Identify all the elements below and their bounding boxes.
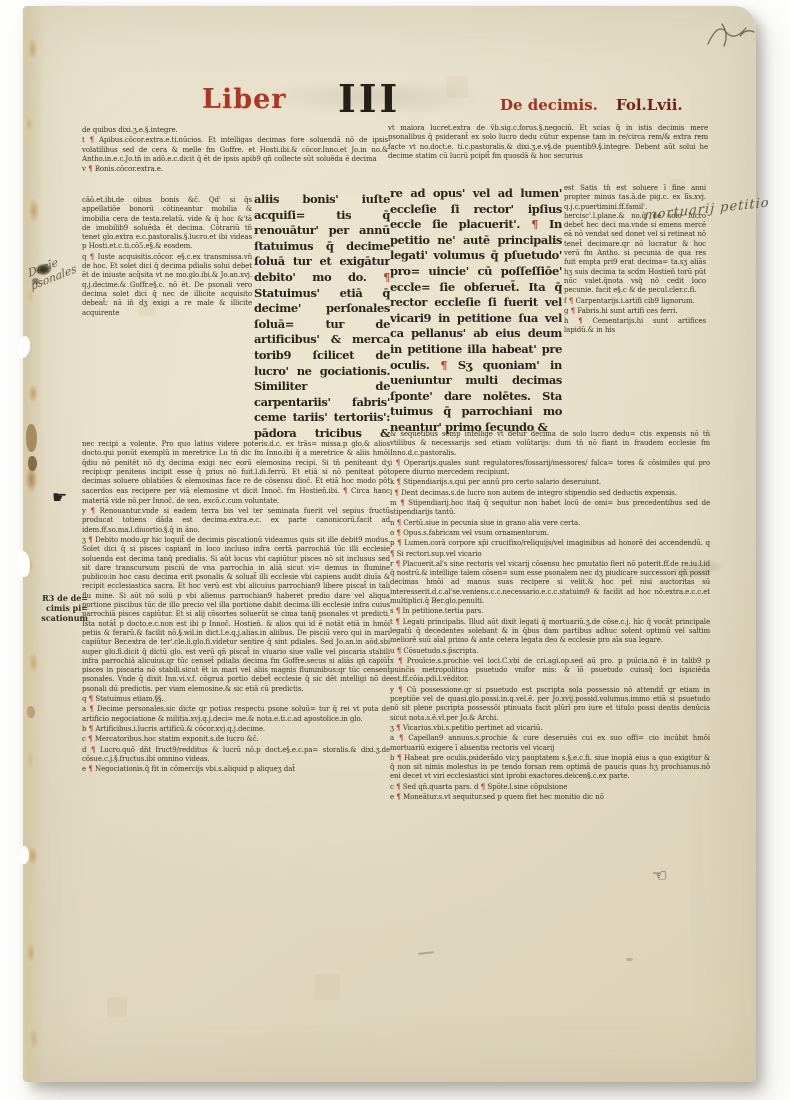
manicule-icon: ☜ (652, 866, 667, 886)
gloss-paragraph: m ¶ Stipendiarij.hoc itaq̄ q̄ sequitur n… (390, 498, 710, 518)
gloss-paragraph: i ¶ Operarijs.quales sunt regulatores/fo… (390, 458, 710, 478)
paper-speck (418, 951, 434, 955)
gloss-paragraph: vt maiora lucret̄.extra de v̄b.sig.c.for… (388, 124, 708, 161)
gloss-paragraph: y ¶ Renouantur.vnde si eadem terra bis v… (82, 506, 390, 535)
gloss-right-intro: vt maiora lucret̄.extra de v̄b.sig.c.for… (388, 124, 708, 188)
ink-blot (32, 278, 39, 284)
side-note-line: cimis pi= (32, 603, 88, 613)
gloss-paragraph: n ¶ Certū.siue in pecunia siue in grano … (390, 518, 710, 528)
gloss-paragraph: nec recipi a volente. Pro quo latius vid… (82, 440, 390, 506)
gloss-paragraph: c ¶ Mercatoribus.hoc statim exponit.s.de… (82, 734, 390, 744)
book-page: Liber III De decimis. Fol.Lvii. de quibu… (26, 6, 756, 1082)
gloss-paragraph: b ¶ Artificibus.i.lucris artificū.& cōco… (82, 724, 390, 734)
header-running-title: De decimis. (500, 96, 598, 114)
gloss-right-outer-column: est Satis tn̄ est soluere ī fine anni pr… (564, 184, 706, 436)
gloss-paragraph: b ¶ Habeat pre oculis.psiderādo vicʒ pau… (390, 753, 710, 782)
paper-speck (626, 958, 633, 961)
gloss-paragraph: k ¶ Stipendiarijs.s.qui per annū pro cer… (390, 477, 710, 487)
gloss-paragraph: c ¶ Sed qn̄.quarta pars. d ¶ Spōte.l.sin… (390, 782, 710, 792)
gloss-left-intro: de quibus dixi.ʒ.e.§.integre.t ¶ Apibus.… (82, 126, 388, 192)
deckle-spot (26, 424, 37, 452)
gloss-paragraph: g ¶ Fabris.hi sunt artifi ces ferri. (564, 306, 706, 316)
pen-flourish-icon (702, 14, 764, 56)
gloss-left-bottom-column: nec recipi a volente. Pro quo latius vid… (82, 440, 390, 937)
gloss-paragraph: o ¶ Opus.s.fabricam vel vsum ornamentoru… (390, 528, 710, 538)
main-text-right-column: re ad opus' vel ad lumen' eccleſie ſi re… (390, 186, 562, 438)
deckle-notch (19, 846, 29, 864)
main-text-left-column: aliis bonis' iuſte acquiſi= tis q̄ renou… (254, 192, 390, 444)
gloss-paragraph: e ¶ Moneātur.s.vt sequitur.sed p quem fi… (390, 792, 710, 802)
deckle-edge (23, 6, 47, 1082)
gloss-paragraph: t ¶ Legati principalis. Illud aūt dixit … (390, 617, 710, 646)
side-note-line: R3 de de= (32, 593, 88, 603)
gloss-paragraph: p ¶ Lumen.corā corpore xp̄i crucifixo/re… (390, 538, 710, 559)
gloss-left-outer-column: cāō.et.ibi.de oibus bonis &c̄. Qd' si q̄… (82, 196, 252, 444)
gloss-paragraph: est Satis tn̄ est soluere ī fine anni pr… (564, 184, 706, 296)
header-liber: Liber (202, 84, 287, 115)
gloss-paragraph: u ¶ Cōsuetudo.s.p̄scripta. (390, 646, 710, 656)
foxing-stains (26, 6, 28, 8)
gloss-right-bottom-column: & sequētibus semp intellige vt detur dec… (390, 430, 710, 937)
gloss-paragraph: ʒ ¶ Vicarius.vbi.s.petitio pertinet ad v… (390, 723, 710, 733)
gloss-paragraph: ʒ ¶ Debito modo.qr hic loquit̄ de decimi… (82, 535, 390, 694)
gloss-paragraph: d ¶ Lucro.quō dn̄t fruct9/redditus & luc… (82, 745, 390, 765)
printed-side-note: R3 de de=cimis pi=scationum (32, 593, 88, 623)
manicule-icon: ☛ (52, 488, 67, 508)
gloss-paragraph: v ¶ Bonis.cōcor.extra.e. (82, 164, 388, 174)
gloss-paragraph: q ¶ Statuimus etiam.§§. (82, 694, 390, 704)
gloss-paragraph: cāō.et.ibi.de oibus bonis &c̄. Qd' si q̄… (82, 196, 252, 252)
gloss-paragraph: y ¶ Cū possessione.qr si psuetudo est ps… (390, 685, 710, 723)
gloss-paragraph: e ¶ Negociationis.q̄ fit in cōmercijs vb… (82, 764, 390, 774)
gloss-paragraph: f ¶ Carpentarijs.i.artifi cib9 lignorum. (564, 296, 706, 306)
header-folio-number: Fol.Lvii. (616, 96, 683, 114)
gloss-paragraph: q ¶ Iuste acquisitis.cōcor. e§.c.ex tran… (82, 252, 252, 318)
gloss-paragraph: a ¶ Decime personales.sic dicte qr potiu… (82, 704, 390, 724)
gloss-paragraph: a ¶ Capellan9 annuus.s.prochie & cure de… (390, 733, 710, 753)
gloss-paragraph: de quibus dixi.ʒ.e.§.integre. (82, 126, 388, 135)
deckle-spot (27, 706, 35, 718)
header-book-numeral: III (338, 76, 400, 121)
gloss-paragraph: l ¶ Dent decimas.s.de lucro non autem de… (390, 488, 710, 498)
gloss-paragraph: & sequētibus semp intellige vt detur dec… (390, 430, 710, 458)
gloss-paragraph: r ¶ Placuerit.al's sine rectoris vel vic… (390, 559, 710, 606)
gloss-paragraph: x ¶ Prouīcie.s.prochie vel loci.C.vbi de… (390, 656, 710, 685)
deckle-spot (28, 456, 37, 471)
gloss-paragraph: h ¶ Cementarijs.hi sunt artifices lapidū… (564, 316, 706, 336)
side-note-line: scationum (32, 613, 88, 623)
gloss-paragraph: s ¶ In petitione.tertia pars. (390, 606, 710, 616)
gloss-paragraph: t ¶ Apibus.cōcor.extra.e.ti.nūcios. Et i… (82, 135, 388, 164)
